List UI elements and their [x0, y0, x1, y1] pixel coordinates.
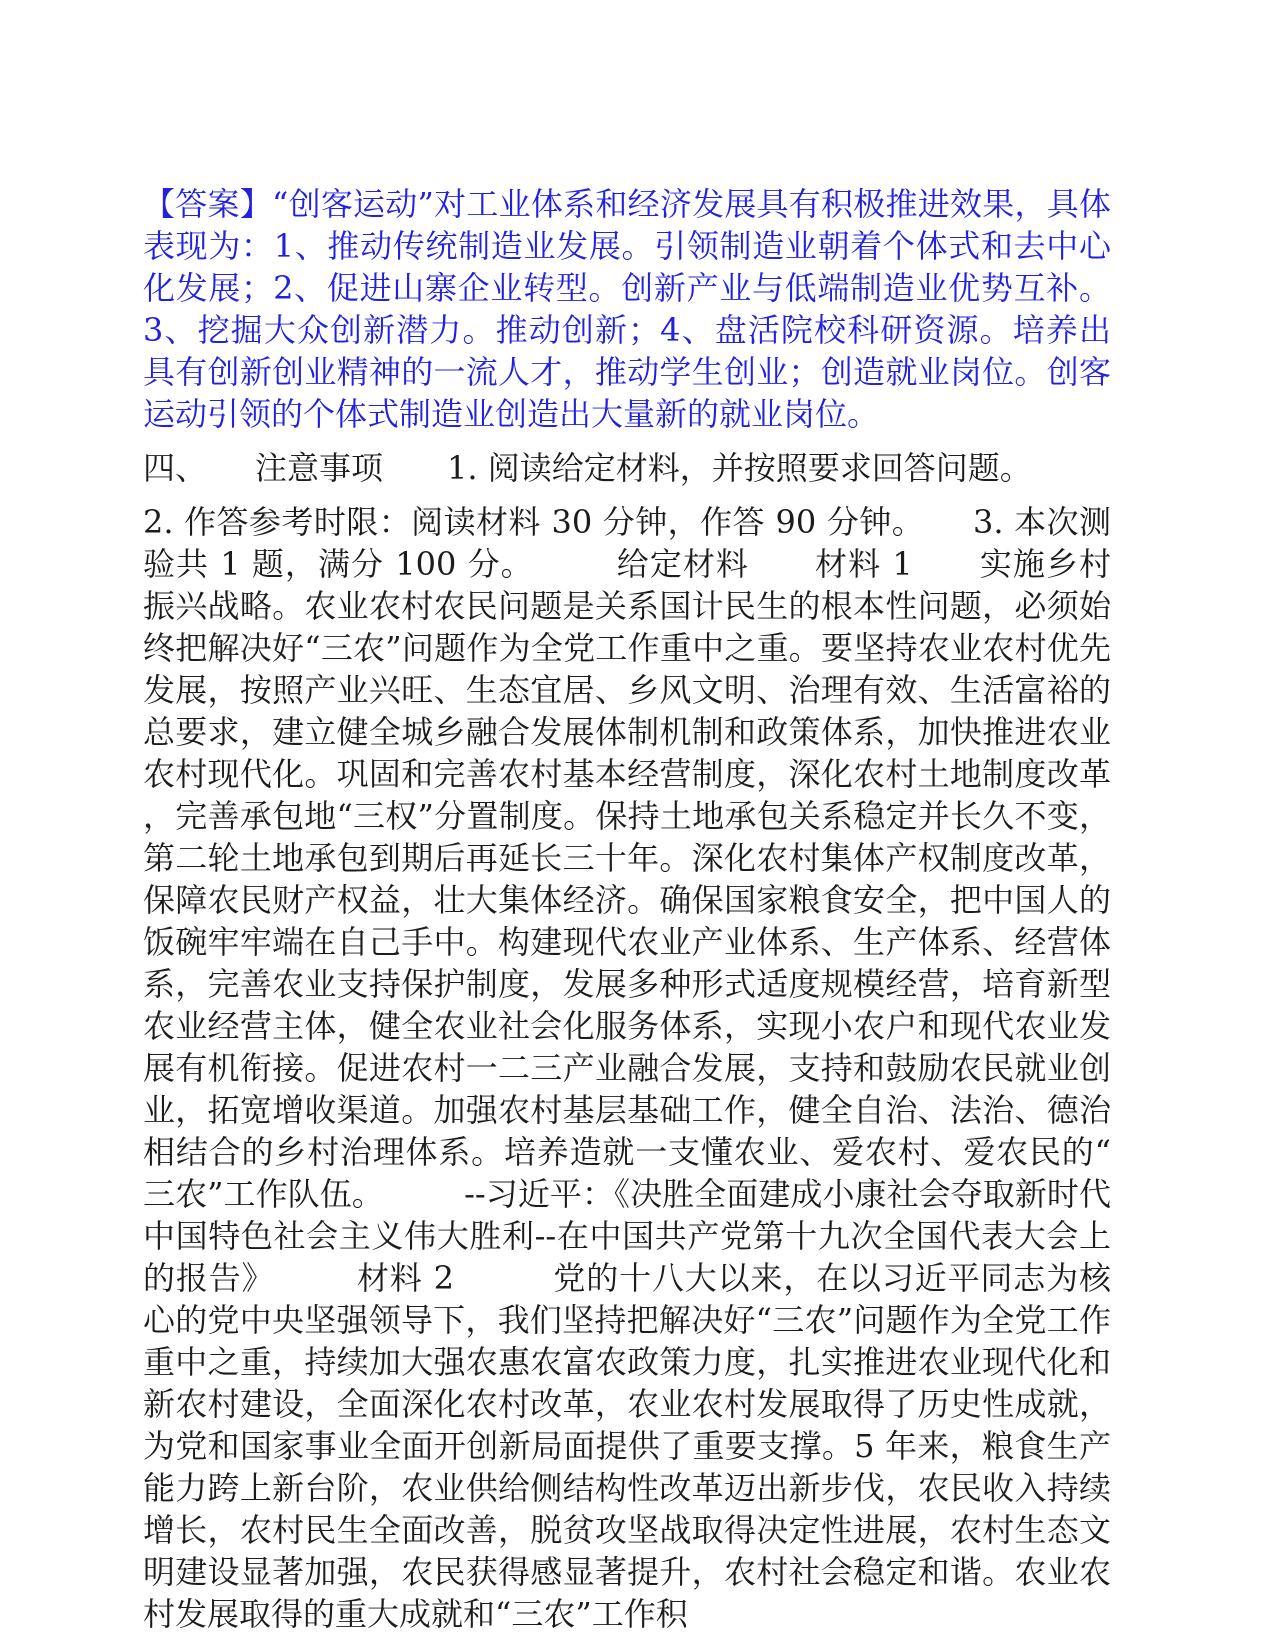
document-content: 【答案】“创客运动”对工业体系和经济发展具有积极推进效果，具体表现为：1、推动传…	[143, 183, 1111, 1647]
document-page: { "page": { "width": 1275, "height": 165…	[0, 0, 1275, 1650]
notice-heading-paragraph: 四、 注意事项 1. 阅读给定材料，并按照要求回答问题。	[143, 447, 1111, 489]
materials-paragraph: 2. 作答参考时限：阅读材料 30 分钟，作答 90 分钟。 3. 本次测验共 …	[143, 501, 1111, 1635]
answer-paragraph: 【答案】“创客运动”对工业体系和经济发展具有积极推进效果，具体表现为：1、推动传…	[143, 183, 1111, 435]
